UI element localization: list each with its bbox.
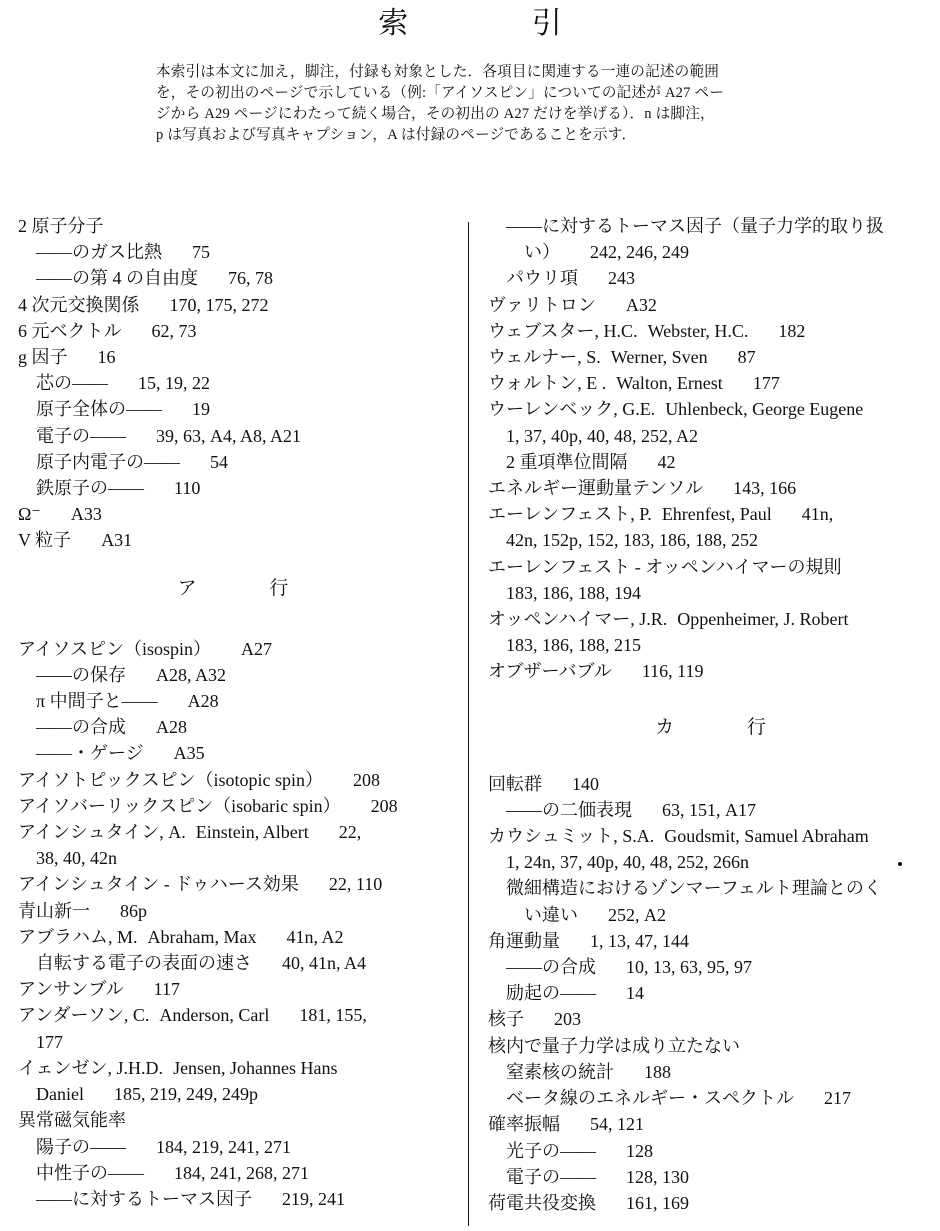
entry-pages: 184, 219, 241, 271: [156, 1137, 291, 1157]
entry-term: ——の第 4 の自由度: [36, 268, 198, 288]
entry-english-name: Oppenheimer, J. Robert: [677, 609, 848, 629]
entry-term: アインシュタイン - ドゥハース効果: [18, 874, 299, 894]
entry-term: アイソトピックスピン（isotopic spin）: [18, 770, 323, 790]
entry-continuation: 42n, 152p, 152, 183, 186, 188, 252: [506, 530, 758, 550]
entry-term: 4 次元交換関係: [18, 295, 140, 315]
entry-pages: 208: [371, 796, 398, 816]
index-entry: 中性子の——184, 241, 268, 271: [18, 1160, 448, 1186]
index-entry: 核子203: [488, 1006, 933, 1032]
entry-english-name: Goudsmit, Samuel Abraham: [664, 826, 868, 846]
index-entry: アブラハム, M.Abraham, Max41n, A2: [18, 924, 448, 950]
index-entry: アイソトピックスピン（isotopic spin）208: [18, 767, 448, 793]
entry-pages: 10, 13, 63, 95, 97: [626, 957, 752, 977]
entry-term: ウェブスター, H.C.: [488, 321, 638, 341]
entry-english-name: Walton, Ernest: [616, 373, 723, 393]
entry-term: エネルギー運動量テンソル: [488, 478, 703, 498]
index-entry: アイソバーリックスピン（isobaric spin）208: [18, 793, 448, 819]
entry-term: 荷電共役変換: [488, 1193, 596, 1213]
entry-term: ベータ線のエネルギー・スペクトル: [506, 1088, 794, 1108]
entry-pages: 140: [572, 774, 599, 794]
entry-pages: A32: [626, 295, 657, 315]
right-section-entries-list: 回転群140——の二価表現63, 151, A17カウシュミット, S.A.Go…: [488, 771, 933, 1216]
entry-term: 回転群: [488, 774, 542, 794]
entry-pages: A35: [174, 743, 205, 763]
index-entry: ——の合成10, 13, 63, 95, 97: [488, 954, 933, 980]
index-entry: π 中間子と——A28: [18, 688, 448, 714]
entry-pages: A27: [241, 639, 272, 659]
entry-pages: 116, 119: [642, 661, 704, 681]
entry-term: 原子内電子の——: [36, 452, 180, 472]
entry-english-name: Jensen, Johannes Hans: [173, 1058, 337, 1078]
index-entry: ——の合成A28: [18, 714, 448, 740]
index-entry: 光子の——128: [488, 1138, 933, 1164]
entry-pages: 208: [353, 770, 380, 790]
index-entry: 電子の——128, 130: [488, 1164, 933, 1190]
entry-term: 核内で量子力学は成り立たない: [488, 1036, 740, 1056]
entry-pages: 128: [626, 1141, 653, 1161]
index-entry: ——の保存A28, A32: [18, 662, 448, 688]
entry-term: 異常磁気能率: [18, 1110, 126, 1130]
entry-term: 鉄原子の——: [36, 478, 144, 498]
index-entry: 窒素核の統計188: [488, 1059, 933, 1085]
entry-term: オッペンハイマー, J.R.: [488, 609, 667, 629]
entry-term: 芯の——: [36, 373, 108, 393]
entry-english-name: Einstein, Albert: [196, 822, 309, 842]
index-entry: 角運動量1, 13, 47, 144: [488, 928, 933, 954]
entry-pages: 41n,: [802, 504, 834, 524]
index-entry: 2 原子分子: [18, 213, 448, 239]
entry-continuation: い）: [524, 242, 560, 262]
entry-term: ウォルトン, E .: [488, 373, 606, 393]
section-heading-a: ア 行: [18, 576, 448, 602]
index-entry: オブザーバブル116, 119: [488, 658, 933, 684]
index-entry: 陽子の——184, 219, 241, 271: [18, 1134, 448, 1160]
entry-continuation: 1, 37, 40p, 40, 48, 252, A2: [506, 426, 698, 446]
entry-pages: 54, 121: [590, 1114, 644, 1134]
index-entry: 2 重項準位間隔42: [488, 449, 933, 475]
entry-term: 微細構造におけるゾンマーフェルト理論とのく: [506, 878, 882, 898]
entry-term: V 粒子: [18, 530, 71, 550]
entry-term: エーレンフェスト - オッペンハイマーの規則: [488, 557, 841, 577]
entry-term: 原子全体の——: [36, 399, 162, 419]
entry-term: Ω⁻: [18, 504, 41, 524]
entry-continuation: い違い: [524, 905, 578, 925]
entry-term: π 中間子と——: [36, 691, 158, 711]
index-entry: V 粒子A31: [18, 527, 448, 553]
entry-term: g 因子: [18, 347, 68, 367]
entry-term: イェンゼン, J.H.D.: [18, 1058, 163, 1078]
index-entry: Ω⁻A33: [18, 501, 448, 527]
entry-term: ——のガス比熱: [36, 242, 162, 262]
entry-pages: 185, 219, 249, 249p: [114, 1084, 258, 1104]
index-entry: 自転する電子の表面の速さ40, 41n, A4: [18, 950, 448, 976]
right-entries-list: ——に対するトーマス因子（量子力学的取り扱い）242, 246, 249パウリ項…: [488, 213, 933, 685]
index-introduction: 本索引は本文に加え，脚注，付録も対象とした．各項目に関連する一連の記述の範囲 を…: [156, 62, 786, 146]
index-entry-continuation: 183, 186, 188, 215: [488, 632, 933, 658]
entry-pages: 188: [644, 1062, 671, 1082]
index-entry: 異常磁気能率: [18, 1107, 448, 1133]
entry-term: 角運動量: [488, 931, 560, 951]
entry-english-name: Anderson, Carl: [159, 1005, 269, 1025]
index-entry: エネルギー運動量テンソル143, 166: [488, 475, 933, 501]
index-entry: ウェブスター, H.C.Webster, H.C.182: [488, 318, 933, 344]
entry-continuation: 183, 186, 188, 215: [506, 635, 641, 655]
entry-pages: 242, 246, 249: [590, 242, 689, 262]
entry-term: アンダーソン, C.: [18, 1005, 149, 1025]
entry-term: 電子の——: [506, 1167, 596, 1187]
entry-pages: 243: [608, 268, 635, 288]
entry-pages: A31: [101, 530, 132, 550]
entry-term: アイソバーリックスピン（isobaric spin）: [18, 796, 341, 816]
entry-term: ヴァリトロン: [488, 295, 596, 315]
entry-pages: 40, 41n, A4: [282, 953, 366, 973]
index-entry: エーレンフェスト - オッペンハイマーの規則: [488, 554, 933, 580]
intro-line: ジから A29 ページにわたって続く場合，その初出の A27 だけを挙げる）．n…: [156, 104, 786, 125]
entry-pages: 22,: [339, 822, 362, 842]
entry-continuation: Daniel: [36, 1084, 84, 1104]
index-entry: 鉄原子の——110: [18, 475, 448, 501]
index-entry: 青山新一86p: [18, 898, 448, 924]
index-entry-continuation: 177: [18, 1029, 448, 1055]
entry-term: 6 元ベクトル: [18, 321, 122, 341]
index-entry-continuation: 1, 24n, 37, 40p, 40, 48, 252, 266n: [488, 849, 933, 875]
entry-pages: 177: [753, 373, 780, 393]
entry-term: 励起の——: [506, 983, 596, 1003]
entry-pages: 143, 166: [733, 478, 796, 498]
index-entry: パウリ項243: [488, 265, 933, 291]
index-entry: ——に対するトーマス因子（量子力学的取り扱: [488, 213, 933, 239]
entry-pages: A28: [156, 717, 187, 737]
entry-pages: 86p: [120, 901, 147, 921]
index-entry-continuation: い）242, 246, 249: [488, 239, 933, 265]
entry-english-name: Webster, H.C.: [648, 321, 749, 341]
entry-pages: 15, 19, 22: [138, 373, 210, 393]
index-entry: ヴァリトロンA32: [488, 292, 933, 318]
entry-term: ——の合成: [36, 717, 126, 737]
index-entry-continuation: 38, 40, 42n: [18, 845, 448, 871]
stray-mark: [898, 862, 902, 866]
index-entry-continuation: 42n, 152p, 152, 183, 186, 188, 252: [488, 527, 933, 553]
entry-pages: 87: [738, 347, 756, 367]
section-heading-ka: カ 行: [488, 715, 933, 741]
index-entry: 確率振幅54, 121: [488, 1111, 933, 1137]
entry-pages: A28, A32: [156, 665, 226, 685]
entry-continuation: 38, 40, 42n: [36, 848, 117, 868]
entry-pages: 42: [658, 452, 676, 472]
column-divider: [468, 222, 469, 1226]
left-section-entries-list: アイソスピン（isospin）A27——の保存A28, A32π 中間子と——A…: [18, 636, 448, 1212]
index-entry: 励起の——14: [488, 980, 933, 1006]
intro-line: を，その初出のページで示している（例:「アイソスピン」についての記述が A27 …: [156, 83, 786, 104]
entry-term: ウェルナー, S.: [488, 347, 601, 367]
entry-term: 中性子の——: [36, 1163, 144, 1183]
right-column: ——に対するトーマス因子（量子力学的取り扱い）242, 246, 249パウリ項…: [488, 213, 933, 1216]
index-entry-continuation: い違い252, A2: [488, 902, 933, 928]
entry-pages: 16: [98, 347, 116, 367]
entry-pages: 170, 175, 272: [170, 295, 269, 315]
entry-pages: 39, 63, A4, A8, A21: [156, 426, 301, 446]
entry-term: 光子の——: [506, 1141, 596, 1161]
entry-term: ——に対するトーマス因子: [36, 1189, 252, 1209]
entry-pages: 252, A2: [608, 905, 666, 925]
entry-term: パウリ項: [506, 268, 578, 288]
index-entry: 原子全体の——19: [18, 396, 448, 422]
entry-english-name: Uhlenbeck, George Eugene: [665, 399, 863, 419]
intro-line: p は写真および写真キャプション，A は付録のページであることを示す．: [156, 125, 786, 146]
entry-pages: 110: [174, 478, 200, 498]
entry-term: 青山新一: [18, 901, 90, 921]
index-entry-continuation: Daniel185, 219, 249, 249p: [18, 1081, 448, 1107]
index-entry: 4 次元交換関係170, 175, 272: [18, 292, 448, 318]
entry-pages: 181, 155,: [299, 1005, 367, 1025]
index-entry: g 因子16: [18, 344, 448, 370]
entry-continuation: 1, 24n, 37, 40p, 40, 48, 252, 266n: [506, 852, 749, 872]
entry-term: ——・ゲージ: [36, 743, 144, 763]
entry-pages: 117: [154, 979, 180, 999]
entry-pages: 63, 151, A17: [662, 800, 756, 820]
entry-continuation: 177: [36, 1032, 63, 1052]
entry-english-name: Werner, Sven: [611, 347, 708, 367]
index-entry: アイソスピン（isospin）A27: [18, 636, 448, 662]
index-entry-continuation: 183, 186, 188, 194: [488, 580, 933, 606]
entry-term: アイソスピン（isospin）: [18, 639, 211, 659]
entry-term: エーレンフェスト, P.: [488, 504, 652, 524]
index-entry: 電子の——39, 63, A4, A8, A21: [18, 423, 448, 449]
index-entry: ——の第 4 の自由度76, 78: [18, 265, 448, 291]
entry-pages: 62, 73: [152, 321, 197, 341]
index-entry: アインシュタイン - ドゥハース効果22, 110: [18, 871, 448, 897]
entry-pages: 182: [778, 321, 805, 341]
entry-pages: 54: [210, 452, 228, 472]
index-entry: イェンゼン, J.H.D.Jensen, Johannes Hans: [18, 1055, 448, 1081]
entry-pages: 75: [192, 242, 210, 262]
entry-english-name: Ehrenfest, Paul: [662, 504, 772, 524]
entry-term: 窒素核の統計: [506, 1062, 614, 1082]
entry-term: 2 原子分子: [18, 216, 104, 236]
entry-pages: 19: [192, 399, 210, 419]
index-entry: 6 元ベクトル62, 73: [18, 318, 448, 344]
intro-line: 本索引は本文に加え，脚注，付録も対象とした．各項目に関連する一連の記述の範囲: [156, 62, 786, 83]
entry-pages: 219, 241: [282, 1189, 345, 1209]
entry-pages: 41n, A2: [286, 927, 343, 947]
entry-term: ——に対するトーマス因子（量子力学的取り扱: [506, 216, 884, 236]
index-entry: 原子内電子の——54: [18, 449, 448, 475]
entry-pages: 217: [824, 1088, 851, 1108]
entry-term: オブザーバブル: [488, 661, 612, 681]
entry-pages: 128, 130: [626, 1167, 689, 1187]
index-entry: 微細構造におけるゾンマーフェルト理論とのく: [488, 875, 933, 901]
index-entry: ——の二価表現63, 151, A17: [488, 797, 933, 823]
entry-pages: 76, 78: [228, 268, 273, 288]
entry-term: 自転する電子の表面の速さ: [36, 953, 252, 973]
index-entry: カウシュミット, S.A.Goudsmit, Samuel Abraham: [488, 823, 933, 849]
index-entry: 回転群140: [488, 771, 933, 797]
index-entry: ウーレンベック, G.E.Uhlenbeck, George Eugene: [488, 396, 933, 422]
index-entry: 芯の——15, 19, 22: [18, 370, 448, 396]
index-entry: アインシュタイン, A.Einstein, Albert22,: [18, 819, 448, 845]
index-entry: ——・ゲージA35: [18, 740, 448, 766]
entry-term: アンサンブル: [18, 979, 124, 999]
entry-pages: A33: [71, 504, 102, 524]
entry-term: カウシュミット, S.A.: [488, 826, 654, 846]
index-entry: 荷電共役変換161, 169: [488, 1190, 933, 1216]
entry-pages: 1, 13, 47, 144: [590, 931, 689, 951]
entry-term: アブラハム, M.: [18, 927, 138, 947]
index-entry: ウェルナー, S.Werner, Sven87: [488, 344, 933, 370]
index-entry: ウォルトン, E .Walton, Ernest177: [488, 370, 933, 396]
entry-term: 確率振幅: [488, 1114, 560, 1134]
index-entry: 核内で量子力学は成り立たない: [488, 1033, 933, 1059]
entry-term: 2 重項準位間隔: [506, 452, 628, 472]
index-entry: ——のガス比熱75: [18, 239, 448, 265]
entry-term: 電子の——: [36, 426, 126, 446]
entry-english-name: Abraham, Max: [148, 927, 257, 947]
entry-term: アインシュタイン, A.: [18, 822, 186, 842]
index-entry: ベータ線のエネルギー・スペクトル217: [488, 1085, 933, 1111]
index-entry: アンサンブル117: [18, 976, 448, 1002]
entry-term: ——の合成: [506, 957, 596, 977]
index-entry-continuation: 1, 37, 40p, 40, 48, 252, A2: [488, 423, 933, 449]
index-entry: ——に対するトーマス因子219, 241: [18, 1186, 448, 1212]
entry-pages: 22, 110: [329, 874, 382, 894]
index-entry: オッペンハイマー, J.R.Oppenheimer, J. Robert: [488, 606, 933, 632]
left-entries-list: 2 原子分子——のガス比熱75——の第 4 の自由度76, 784 次元交換関係…: [18, 213, 448, 554]
index-entry: アンダーソン, C.Anderson, Carl181, 155,: [18, 1002, 448, 1028]
entry-term: ウーレンベック, G.E.: [488, 399, 655, 419]
page-title: 索 引: [0, 4, 940, 44]
entry-term: ——の二価表現: [506, 800, 632, 820]
entry-pages: 161, 169: [626, 1193, 689, 1213]
index-entry: エーレンフェスト, P.Ehrenfest, Paul41n,: [488, 501, 933, 527]
entry-pages: A28: [188, 691, 219, 711]
entry-pages: 203: [554, 1009, 581, 1029]
entry-term: 核子: [488, 1009, 524, 1029]
left-column: 2 原子分子——のガス比熱75——の第 4 の自由度76, 784 次元交換関係…: [18, 213, 448, 1212]
entry-term: ——の保存: [36, 665, 126, 685]
entry-pages: 184, 241, 268, 271: [174, 1163, 309, 1183]
entry-continuation: 183, 186, 188, 194: [506, 583, 641, 603]
entry-term: 陽子の——: [36, 1137, 126, 1157]
entry-pages: 14: [626, 983, 644, 1003]
